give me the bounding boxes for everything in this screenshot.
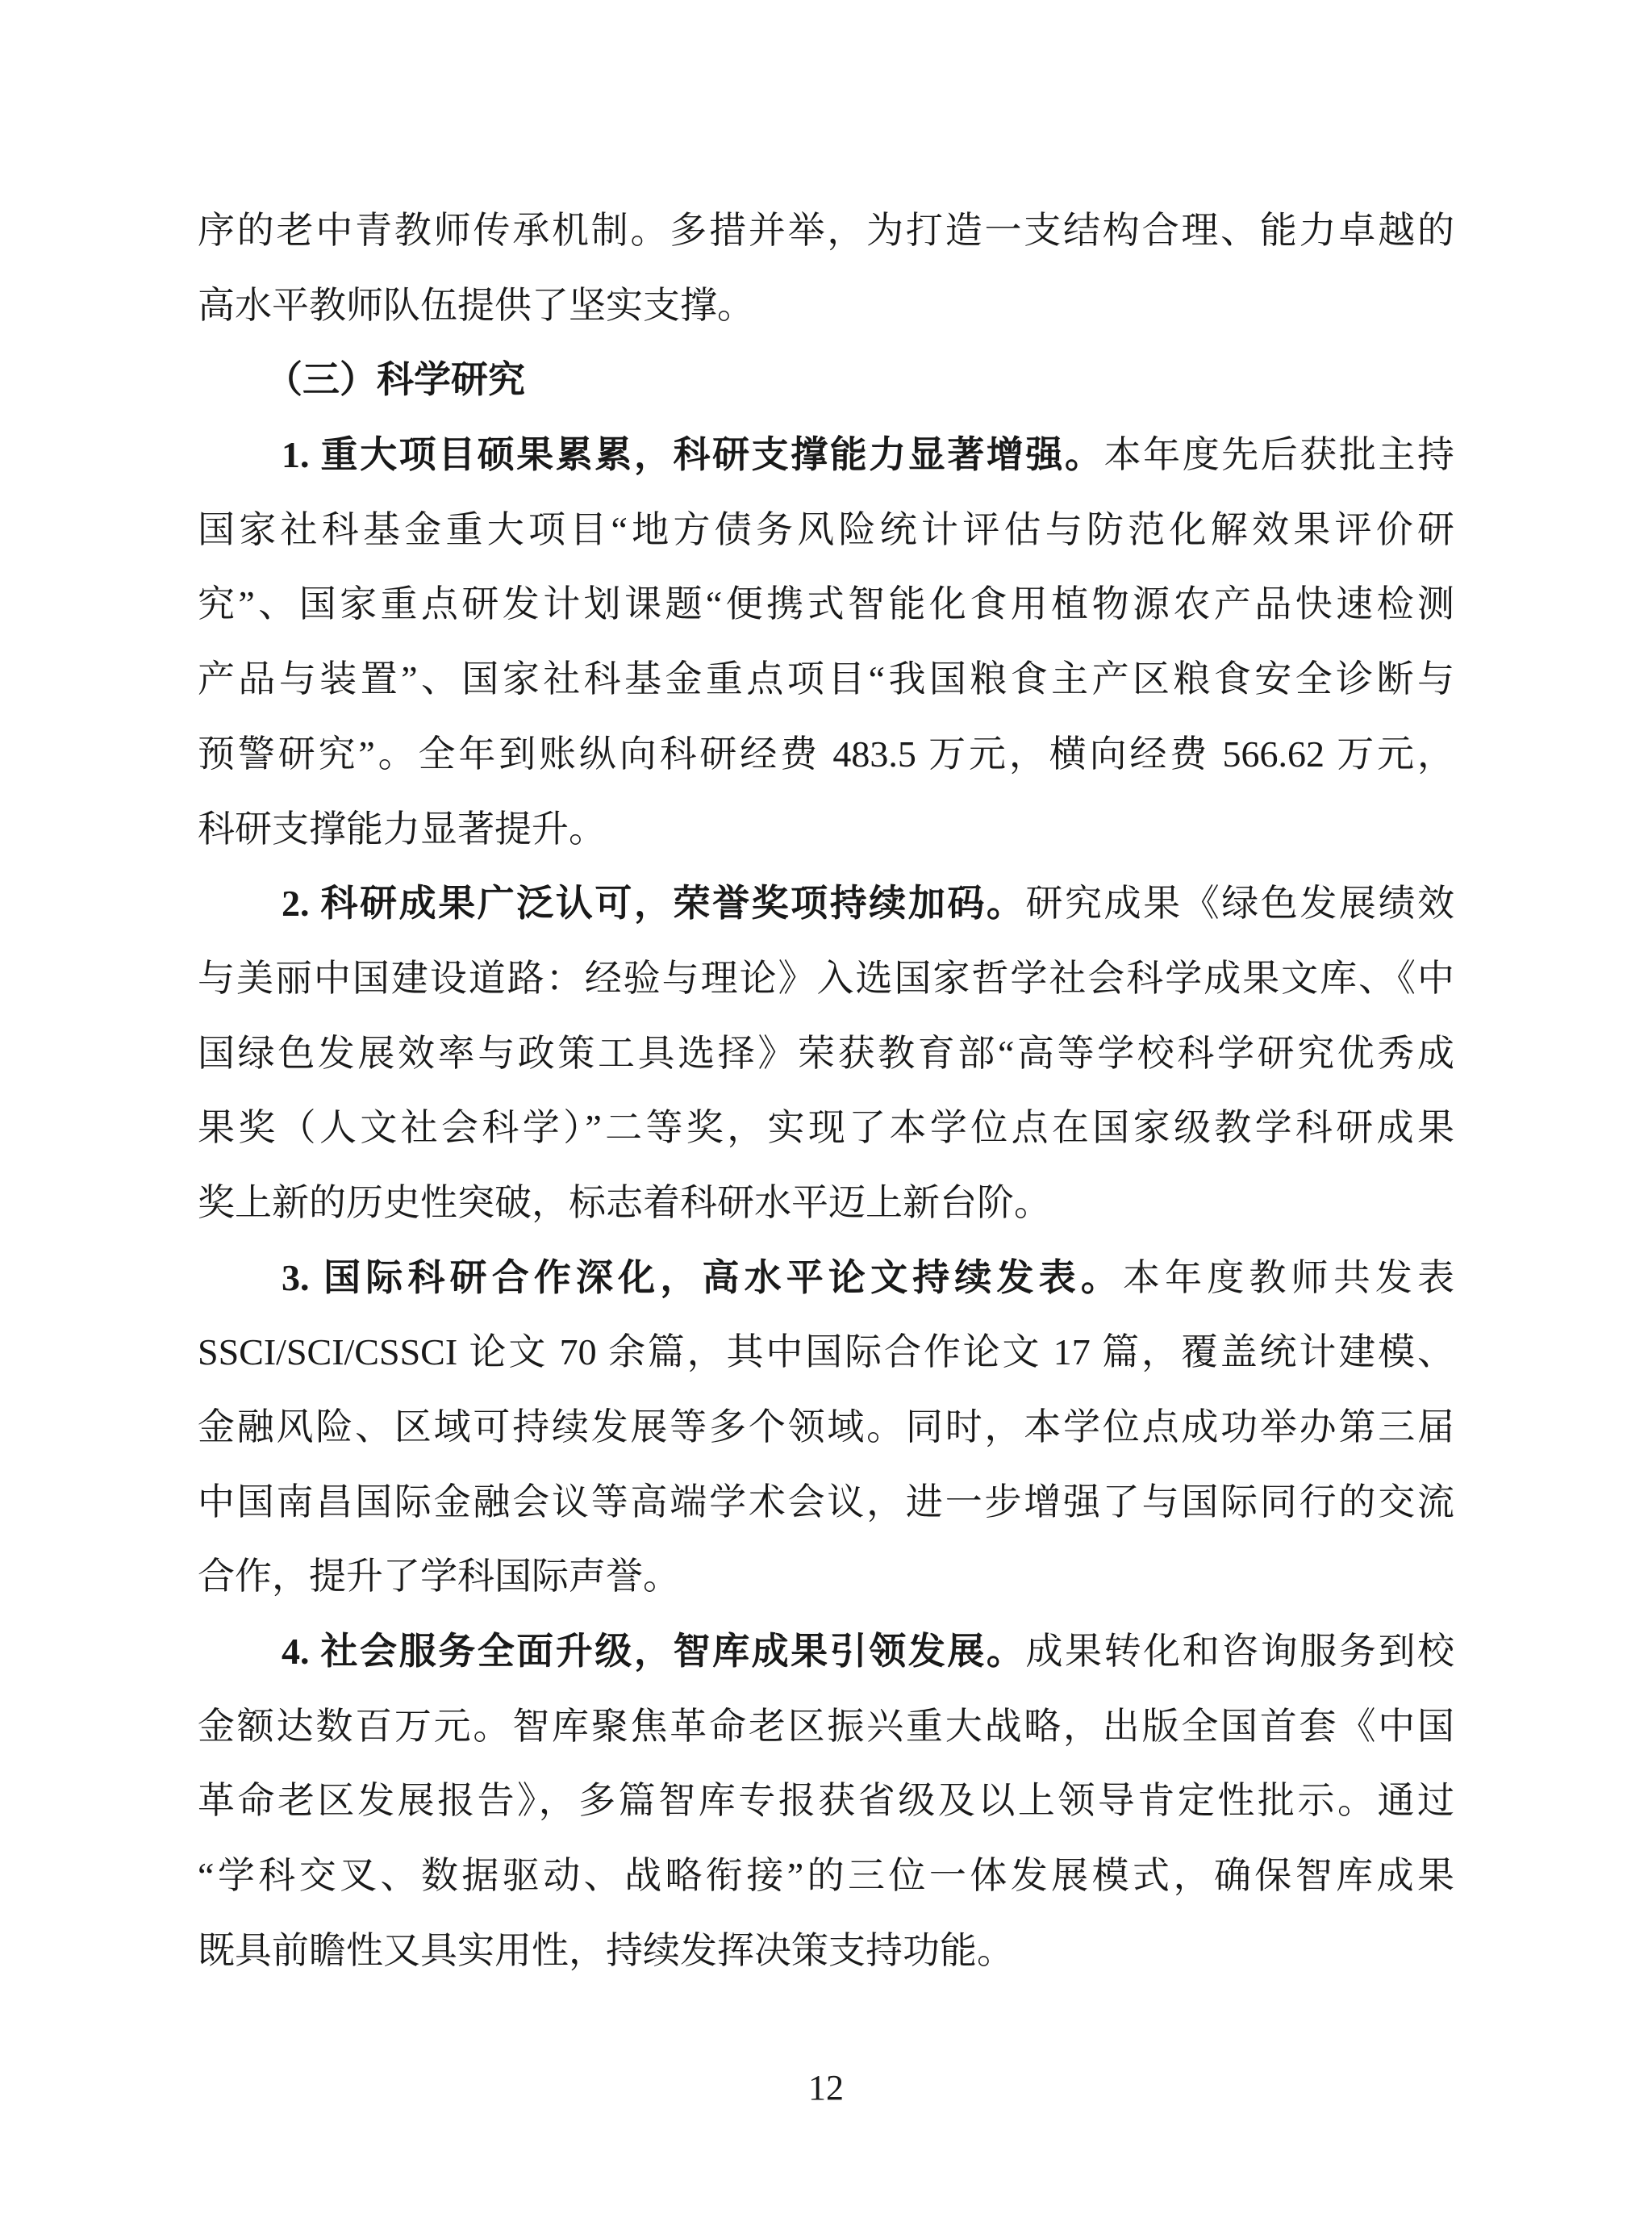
text-segment: 本年度教师共发表	[1123, 1257, 1454, 1298]
text-line: 产品与装置”、国家社科基金重点项目“我国粮食主产区粮食安全诊断与	[198, 642, 1454, 717]
text-segment: 科研支撑能力显著提升。	[198, 808, 606, 850]
text-segment: 金额达数百万元。智库聚焦革命老区振兴重大战略，出版全国首套《中国	[198, 1706, 1454, 1747]
text-segment: 预警研究”。全年到账纵向科研经费 483.5 万元，横向经费 566.62 万元…	[198, 733, 1454, 775]
text-segment: 国绿色发展效率与政策工具选择》荣获教育部“高等学校科学研究优秀成	[198, 1033, 1454, 1074]
text-line: 奖上新的历史性突破，标志着科研水平迈上新台阶。	[198, 1166, 1454, 1241]
text-line: 既具前瞻性又具实用性，持续发挥决策支持功能。	[198, 1914, 1454, 1989]
text-line: 2. 科研成果广泛认可，荣誉奖项持续加码。研究成果《绿色发展绩效	[198, 867, 1454, 942]
text-segment: 果奖（人文社会科学）”二等奖，实现了本学位点在国家级教学科研成果	[198, 1107, 1454, 1148]
text-segment: 既具前瞻性又具实用性，持续发挥决策支持功能。	[198, 1930, 1014, 1971]
bold-text-segment: （三）科学研究	[265, 359, 525, 400]
text-segment: 合作，提升了学科国际声誉。	[198, 1556, 680, 1597]
text-segment: 金融风险、区域可持续发展等多个领域。同时，本学位点成功举办第三届	[198, 1406, 1454, 1447]
text-line: 金融风险、区域可持续发展等多个领域。同时，本学位点成功举办第三届	[198, 1390, 1454, 1465]
text-segment: SSCI/SCI/CSSCI 论文 70 余篇，其中国际合作论文 17 篇，覆盖…	[198, 1331, 1454, 1372]
text-line: 与美丽中国建设道路：经验与理论》入选国家哲学社会科学成果文库、《中	[198, 942, 1454, 1017]
text-line: 1. 重大项目硕果累累，科研支撑能力显著增强。本年度先后获批主持	[198, 418, 1454, 493]
text-line: 金额达数百万元。智库聚焦革命老区振兴重大战略，出版全国首套《中国	[198, 1690, 1454, 1765]
text-line: 国绿色发展效率与政策工具选择》荣获教育部“高等学校科学研究优秀成	[198, 1017, 1454, 1092]
text-line: 革命老区发展报告》，多篇智库专报获省级及以上领导肯定性批示。通过	[198, 1764, 1454, 1839]
text-line: 究”、国家重点研发计划课题“便携式智能化食用植物源农产品快速检测	[198, 567, 1454, 642]
bold-text-segment: 1. 重大项目硕果累累，科研支撑能力显著增强。	[282, 434, 1104, 475]
text-line: 序的老中青教师传承机制。多措并举，为打造一支结构合理、能力卓越的	[198, 194, 1454, 269]
text-line: SSCI/SCI/CSSCI 论文 70 余篇，其中国际合作论文 17 篇，覆盖…	[198, 1315, 1454, 1390]
text-block: 序的老中青教师传承机制。多措并举，为打造一支结构合理、能力卓越的高水平教师队伍提…	[198, 194, 1454, 1989]
text-line: 科研支撑能力显著提升。	[198, 792, 1454, 867]
text-line: 3. 国际科研合作深化，高水平论文持续发表。本年度教师共发表	[198, 1241, 1454, 1316]
text-segment: “学科交叉、数据驱动、战略衔接”的三位一体发展模式，确保智库成果	[198, 1855, 1454, 1896]
text-line: 国家社科基金重大项目“地方债务风险统计评估与防范化解效果评价研	[198, 493, 1454, 568]
text-segment: 产品与装置”、国家社科基金重点项目“我国粮食主产区粮食安全诊断与	[198, 658, 1454, 700]
text-line: 预警研究”。全年到账纵向科研经费 483.5 万元，横向经费 566.62 万元…	[198, 717, 1454, 792]
text-line: 合作，提升了学科国际声誉。	[198, 1539, 1454, 1615]
text-segment: 高水平教师队伍提供了坚实支撑。	[198, 285, 754, 326]
text-line: 高水平教师队伍提供了坚实支撑。	[198, 269, 1454, 344]
text-segment: 奖上新的历史性突破，标志着科研水平迈上新台阶。	[198, 1182, 1051, 1223]
text-segment: 本年度先后获批主持	[1104, 434, 1454, 475]
text-segment: 国家社科基金重大项目“地方债务风险统计评估与防范化解效果评价研	[198, 509, 1454, 550]
text-segment: 研究成果《绿色发展绩效	[1025, 883, 1454, 924]
text-segment: 序的老中青教师传承机制。多措并举，为打造一支结构合理、能力卓越的	[198, 210, 1454, 251]
bold-text-segment: 4. 社会服务全面升级，智库成果引领发展。	[282, 1631, 1025, 1672]
text-segment: 与美丽中国建设道路：经验与理论》入选国家哲学社会科学成果文库、《中	[198, 958, 1454, 999]
text-line: 果奖（人文社会科学）”二等奖，实现了本学位点在国家级教学科研成果	[198, 1091, 1454, 1166]
text-segment: 革命老区发展报告》，多篇智库专报获省级及以上领导肯定性批示。通过	[198, 1780, 1454, 1821]
bold-text-segment: 3. 国际科研合作深化，高水平论文持续发表。	[282, 1257, 1123, 1298]
document-page: 序的老中青教师传承机制。多措并举，为打造一支结构合理、能力卓越的高水平教师队伍提…	[0, 0, 1652, 2214]
text-line: 4. 社会服务全面升级，智库成果引领发展。成果转化和咨询服务到校	[198, 1615, 1454, 1690]
text-segment: 中国南昌国际金融会议等高端学术会议，进一步增强了与国际同行的交流	[198, 1481, 1454, 1523]
text-segment: 究”、国家重点研发计划课题“便携式智能化食用植物源农产品快速检测	[198, 583, 1454, 625]
text-line: “学科交叉、数据驱动、战略衔接”的三位一体发展模式，确保智库成果	[198, 1839, 1454, 1914]
page-number: 12	[0, 2067, 1652, 2108]
section-heading-line: （三）科学研究	[198, 343, 1454, 418]
bold-text-segment: 2. 科研成果广泛认可，荣誉奖项持续加码。	[282, 883, 1025, 924]
text-line: 中国南昌国际金融会议等高端学术会议，进一步增强了与国际同行的交流	[198, 1465, 1454, 1540]
text-segment: 成果转化和咨询服务到校	[1025, 1631, 1454, 1672]
